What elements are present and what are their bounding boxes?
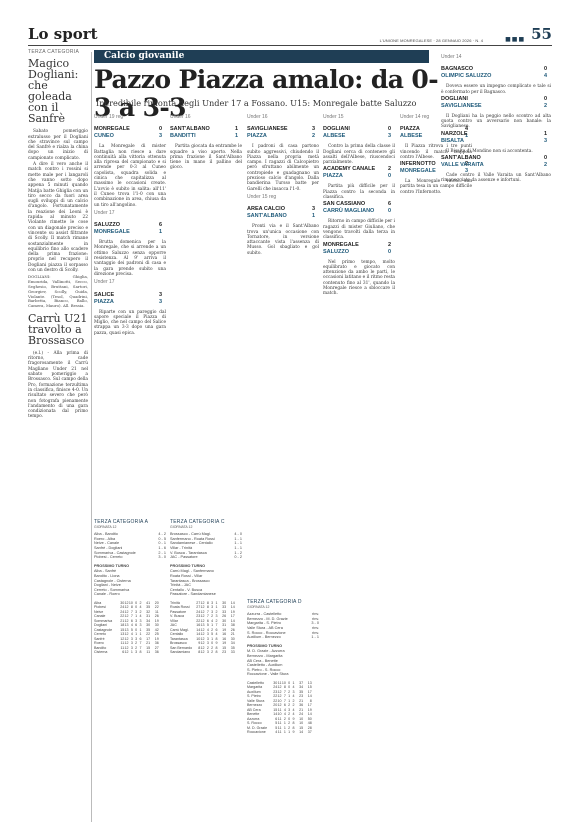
page-number: 55 xyxy=(531,25,552,43)
table-a: TERZA CATEGORIA AGIORNATA 12Alba - Bandi… xyxy=(94,520,166,655)
headline-carru: Carrù U21 travolto a Brossasco xyxy=(28,313,88,346)
category-label: Under 16 xyxy=(170,115,242,120)
match-report: Brutta domenica per la Monregale, che si… xyxy=(94,240,166,277)
result-row: Piobesi - Cerreto3 - 0 xyxy=(94,555,166,560)
sub-headline: Incredibile rimonta degli Under 17 a Fos… xyxy=(96,98,436,108)
home-team: SALUZZO6 xyxy=(94,222,166,229)
result-row: JAC - Passatore0 - 2 xyxy=(170,555,242,560)
result-row: Auxilium - Bernezzo1 - 1 xyxy=(247,635,319,640)
away-team: MONREGALE1 xyxy=(94,229,166,236)
column-2: Under 19 reg MONREGALE0 CUNEO3 La Monreg… xyxy=(94,112,166,337)
category-label: Under 17 xyxy=(94,211,166,216)
home-team: SALICE3 xyxy=(94,292,166,299)
column-divider xyxy=(91,52,92,822)
standings-row: Cisterna6121381136 xyxy=(94,650,166,655)
category-label: Under 19 reg xyxy=(94,115,166,120)
formation: DOGLIANI: Ghiglia, Emourida, Vallinotti,… xyxy=(28,275,88,309)
category-label: Under 17 xyxy=(94,280,166,285)
article-body: Sabato pomeriggio extralusso per il Dogl… xyxy=(28,129,88,161)
standings-row: Roccavione4111191437 xyxy=(247,730,319,735)
standings-row: Sandamiano8123282333 xyxy=(170,650,242,655)
match-report: Ripartе con un pareggio dal sapore speci… xyxy=(94,310,166,336)
article-body: A dire il vero anche il match contro i r… xyxy=(28,162,88,273)
home-team: MONREGALE0 xyxy=(94,126,166,133)
masthead: L'UNIONE MONREGALESE · 28 GENNAIO 2026 ·… xyxy=(380,38,484,43)
table-d: TERZA CATEGORIA DGIORNATA 12Azzurra - Ca… xyxy=(247,600,319,735)
headline-dogliani: Magico Dogliani: che goleada con il Sanf… xyxy=(28,58,88,124)
section-banner: Calcio giovanile xyxy=(94,50,429,63)
table-c: TERZA CATEGORIA CGIORNATA 12Brossasco - … xyxy=(170,520,242,655)
section-title: Lo sport xyxy=(28,25,98,43)
dots-icon: ■■■ xyxy=(505,36,525,43)
away-team: PIAZZA3 xyxy=(94,299,166,306)
right-column: Under 14 BAGNASCO0 OLIMPIC SALUZZO4 Dove… xyxy=(441,52,551,822)
column-5: Under 15 DOGLIANI0 ALBESE3 Contro la pri… xyxy=(323,112,395,812)
article-body: (e.l.) - Alla prima di ritorno, cade fra… xyxy=(28,351,88,420)
away-team: CUNEO3 xyxy=(94,133,166,140)
match-report: La Monregale di mister Battaglia non rie… xyxy=(94,144,166,208)
left-column: TERZA CATEGORIA Magico Dogliani: che gol… xyxy=(28,50,88,421)
kicker: TERZA CATEGORIA xyxy=(28,50,88,55)
column-3: Under 16 SANT'ALBANO1 BANDITTI1 Partita … xyxy=(170,112,242,512)
column-4: Under 16 SAVIGLIANESE3 PIAZZA2 I padroni… xyxy=(247,112,319,592)
page-header: Lo sport L'UNIONE MONREGALESE · 28 GENNA… xyxy=(28,28,552,46)
